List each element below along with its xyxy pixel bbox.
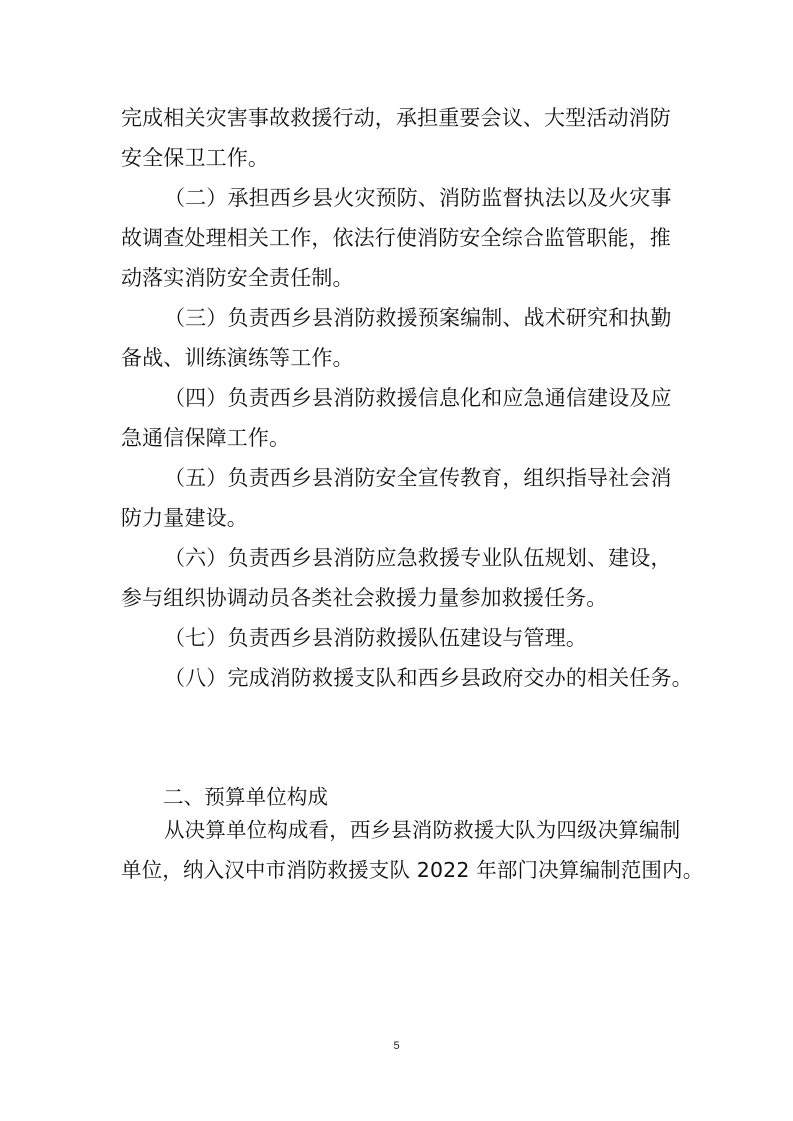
list-item-2-line: （二）承担西乡县火灾预防、消防监督执法以及火灾事 xyxy=(164,186,672,210)
list-item-7-line: （七）负责西乡县消防救援队伍建设与管理。 xyxy=(164,626,587,650)
list-item-5-line: （五）负责西乡县消防安全宣传教育，组织指导社会消 xyxy=(164,466,672,490)
page-number: 5 xyxy=(0,1040,793,1052)
body-text-line: 动落实消防安全责任制。 xyxy=(121,266,354,290)
list-item-3-line: （三）负责西乡县消防救援预案编制、战术研究和执勤 xyxy=(164,306,672,330)
body-text-line: 参与组织协调动员各类社会救援力量参加救援任务。 xyxy=(121,586,607,610)
body-text-line: 完成相关灾害事故救援行动，承担重要会议、大型活动消防 xyxy=(121,106,671,130)
body-text-line: 单位，纳入汉中市消防救援支队 2022 年部门决算编制范围内。 xyxy=(121,858,703,882)
body-text-line: 备战、训练演练等工作。 xyxy=(121,346,354,370)
body-text-line: 安全保卫工作。 xyxy=(121,146,269,170)
list-item-6-line: （六）负责西乡县消防应急救援专业队伍规划、建设， xyxy=(164,546,672,570)
body-text-line: 从决算单位构成看，西乡县消防救援大队为四级决算编制 xyxy=(164,818,680,842)
section-heading: 二、预算单位构成 xyxy=(163,785,328,809)
body-text-line: 急通信保障工作。 xyxy=(121,426,290,450)
body-text-line: 防力量建设。 xyxy=(121,506,248,530)
list-item-4-line: （四）负责西乡县消防救援信息化和应急通信建设及应 xyxy=(164,386,672,410)
document-page: 完成相关灾害事故救援行动，承担重要会议、大型活动消防 安全保卫工作。 （二）承担… xyxy=(0,0,793,1121)
list-item-8-line: （八）完成消防救援支队和西乡县政府交办的相关任务。 xyxy=(164,666,693,690)
body-text-line: 故调查处理相关工作，依法行使消防安全综合监管职能，推 xyxy=(121,226,671,250)
